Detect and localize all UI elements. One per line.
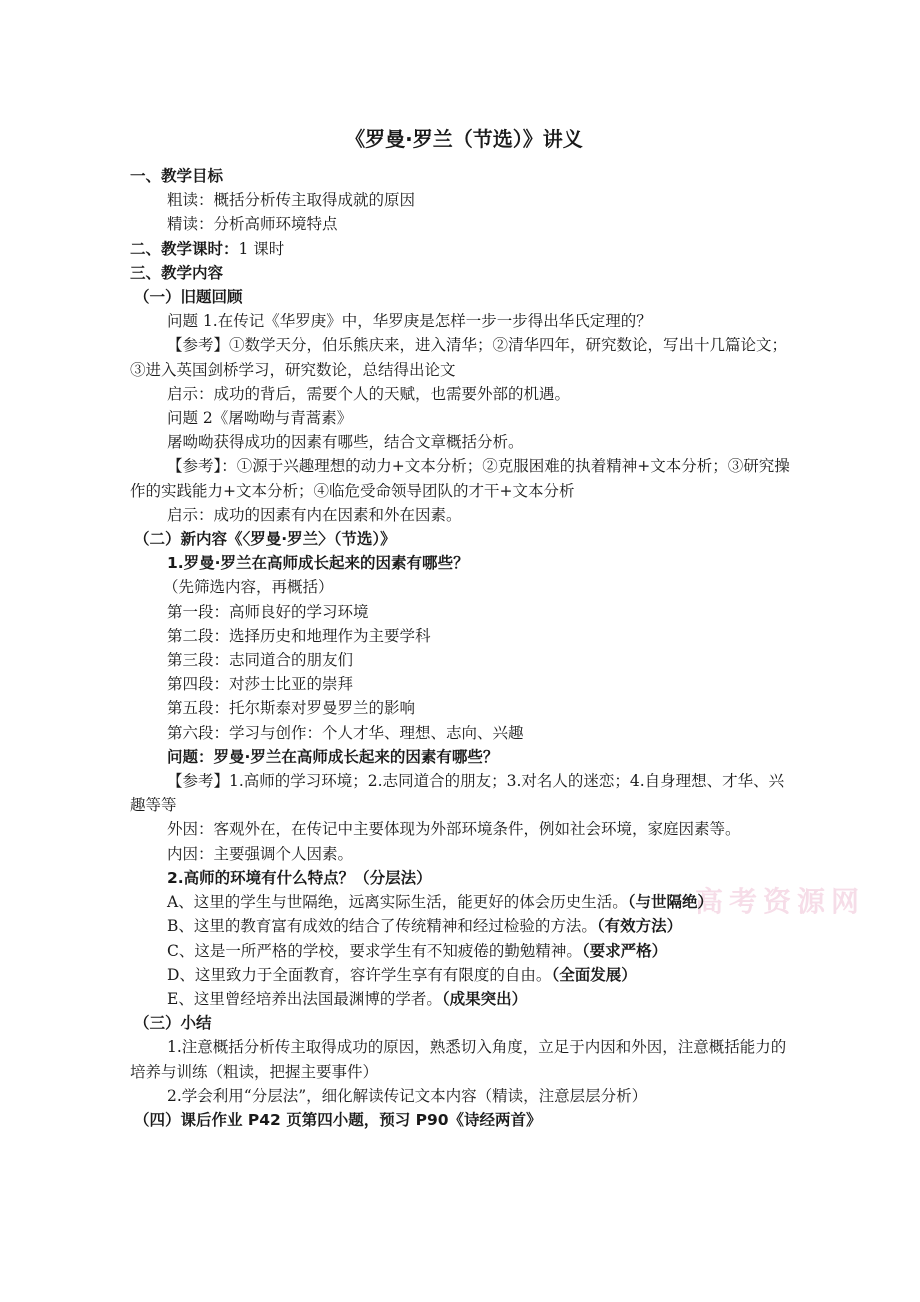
feature-tag: （与世隔绝）	[628, 893, 713, 911]
factors-reference: 【参考】1.高师的学习环境；2.志同道合的朋友；3.对名人的迷恋；4.自身理想、…	[130, 769, 794, 817]
question-2-text: 屠呦呦获得成功的因素有哪些，结合文章概括分析。	[130, 430, 794, 454]
section-heading-goals: 一、教学目标	[130, 164, 794, 188]
reference-2: 【参考】：①源于兴趣理想的动力+文本分析；②克服困难的执着精神+文本分析；③研究…	[130, 454, 794, 502]
insight-1: 启示：成功的背后，需要个人的天赋，也需要外部的机遇。	[130, 382, 794, 406]
method-note: （先筛选内容，再概括）	[130, 575, 794, 599]
paragraph-summary: 第五段：托尔斯泰对罗曼罗兰的影响	[130, 696, 794, 720]
summary-item: 2.学会利用“分层法”，细化解读传记文本内容（精读，注意层层分析）	[130, 1084, 794, 1108]
feature-item: C、这是一所严格的学校，要求学生有不知疲倦的勤勉精神。（要求严格）	[130, 939, 794, 963]
part-heading-summary: （三）小结	[130, 1011, 794, 1035]
feature-item: D、这里致力于全面教育，容许学生享有有限度的自由。（全面发展）	[130, 963, 794, 987]
paragraph-summary: 第三段：志同道合的朋友们	[130, 648, 794, 672]
question-2: 问题 2《屠呦呦与青蒿素》	[130, 406, 794, 430]
new-question-2: 2.高师的环境有什么特点？（分层法）	[130, 866, 794, 890]
internal-factors: 内因：主要强调个人因素。	[130, 842, 794, 866]
question-1: 问题 1.在传记《华罗庚》中，华罗庚是怎样一步一步得出华氏定理的？	[130, 309, 794, 333]
new-question-1: 1.罗曼·罗兰在高师成长起来的因素有哪些？	[130, 551, 794, 575]
paragraph-summary: 第四段：对莎士比亚的崇拜	[130, 672, 794, 696]
section-class-hours: 二、教学课时：1 课时	[130, 237, 794, 261]
feature-tag: （有效方法）	[597, 917, 682, 935]
feature-text: A、这里的学生与世隔绝，远离实际生活，能更好的体会历史生活。	[167, 893, 628, 911]
feature-tag: （全面发展）	[551, 966, 636, 984]
feature-tag: （成果突出）	[442, 990, 527, 1008]
feature-item: E、这里曾经培养出法国最渊博的学者。（成果突出）	[130, 987, 794, 1011]
feature-item: B、这里的教育富有成效的结合了传统精神和经过检验的方法。（有效方法）	[130, 914, 794, 938]
paragraph-summary: 第二段：选择历史和地理作为主要学科	[130, 624, 794, 648]
document-title: 《罗曼·罗兰（节选）》讲义	[134, 124, 794, 164]
reference-1: 【参考】①数学天分，伯乐熊庆来，进入清华；②清华四年，研究数论，写出十几篇论文；…	[130, 333, 794, 381]
document-page: 《罗曼·罗兰（节选）》讲义 一、教学目标 粗读：概括分析传主取得成就的原因 精读…	[130, 124, 794, 1132]
part-heading-new-content: （二）新内容《〈罗曼·罗兰〉（节选）》	[130, 527, 794, 551]
feature-text: C、这是一所严格的学校，要求学生有不知疲倦的勤勉精神。	[167, 942, 582, 960]
feature-item: A、这里的学生与世隔绝，远离实际生活，能更好的体会历史生活。（与世隔绝）	[130, 890, 794, 914]
feature-text: D、这里致力于全面教育，容许学生享有有限度的自由。	[167, 966, 551, 984]
part-heading-review: （一）旧题回顾	[130, 285, 794, 309]
factors-question: 问题：罗曼·罗兰在高师成长起来的因素有哪些？	[130, 745, 794, 769]
goal-item: 粗读：概括分析传主取得成就的原因	[130, 188, 794, 212]
paragraph-summary: 第一段：高师良好的学习环境	[130, 600, 794, 624]
section-heading-hours: 二、教学课时：	[130, 240, 239, 258]
external-factors: 外因：客观外在，在传记中主要体现为外部环境条件，例如社会环境，家庭因素等。	[130, 817, 794, 841]
summary-item: 1.注意概括分析传主取得成功的原因，熟悉切入角度，立足于内因和外因，注意概括能力…	[130, 1035, 794, 1083]
feature-text: E、这里曾经培养出法国最渊博的学者。	[167, 990, 442, 1008]
paragraph-summary: 第六段：学习与创作：个人才华、理想、志向、兴趣	[130, 721, 794, 745]
feature-text: B、这里的教育富有成效的结合了传统精神和经过检验的方法。	[167, 917, 597, 935]
insight-2: 启示：成功的因素有内在因素和外在因素。	[130, 503, 794, 527]
part-heading-homework: （四）课后作业 P42 页第四小题，预习 P90《诗经两首》	[130, 1108, 794, 1132]
section-heading-content: 三、教学内容	[130, 261, 794, 285]
feature-tag: （要求严格）	[582, 942, 667, 960]
class-hours-value: 1 课时	[239, 240, 285, 258]
goal-item: 精读：分析高师环境特点	[130, 212, 794, 236]
